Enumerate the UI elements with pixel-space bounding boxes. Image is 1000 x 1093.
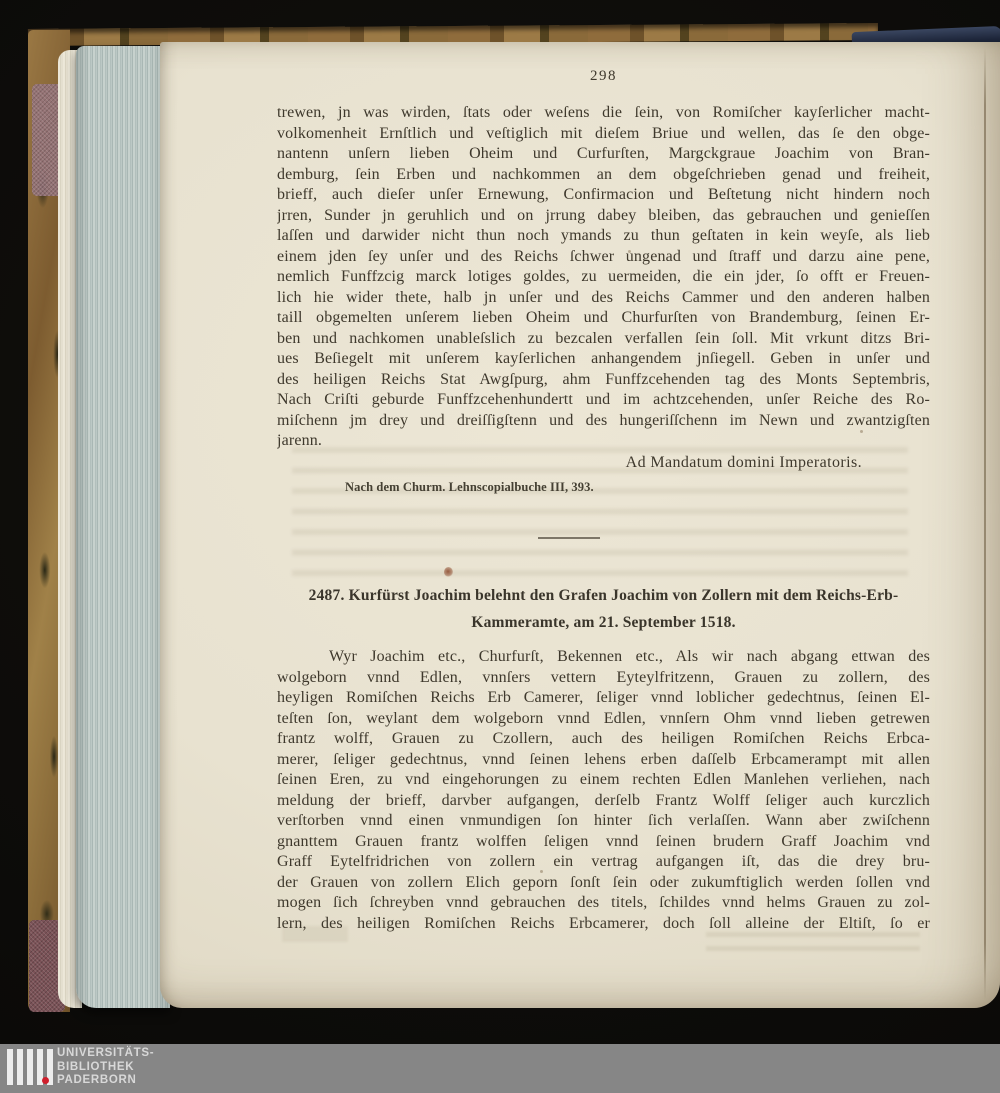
book-scan-photo: 298 trewen, jn was wirden, ſtats oder we… [0, 0, 1000, 1093]
text-line: trewen, jn was wirden, ſtats oder weſens… [277, 103, 930, 124]
library-logo-text: UNIVERSITÄTS- BIBLIOTHEK PADERBORN [57, 1047, 154, 1088]
text-line: mogen ſich ſchreyben vnnd gebrauchen des… [277, 893, 930, 914]
text-line: laſſen und darwider nicht thun noch yman… [277, 226, 930, 247]
library-watermark: UNIVERSITÄTS- BIBLIOTHEK PADERBORN [0, 1044, 1000, 1093]
text-line: jarenn. [277, 431, 930, 452]
logo-bar [27, 1049, 33, 1085]
logo-red-dot [42, 1077, 49, 1084]
text-line: Graff Eytelfridrichen von zollern ein ve… [277, 852, 930, 873]
signature-line: Ad Mandatum domini Imperatoris. [626, 454, 862, 472]
logo-bar [17, 1049, 23, 1085]
text-line: brieff, auch dieſer unſer Ernewung, Conf… [277, 185, 930, 206]
text-line: einem jden ſey unſer und des Reichs ſchw… [277, 247, 930, 268]
text-line: Wyr Joachim etc., Churfurſt, Bekennen et… [277, 647, 930, 668]
text-line: verſtorben vnnd einen vnmundigen ſon hin… [277, 811, 930, 832]
record-2487-heading: 2487. Kurfürst Joachim belehnt den Grafe… [277, 582, 930, 636]
page-text-block: 298 trewen, jn was wirden, ſtats oder we… [277, 66, 930, 956]
record-2487-body: Wyr Joachim etc., Churfurſt, Bekennen et… [277, 647, 930, 934]
page-number: 298 [277, 68, 930, 85]
library-name-line-1: UNIVERSITÄTS- [57, 1047, 154, 1061]
text-line: frantz wolff, Grauen zu Czollern, auch d… [277, 729, 930, 750]
text-line: demburg, ſein Erben und nachkommen an de… [277, 165, 930, 186]
record-2486-body: trewen, jn was wirden, ſtats oder weſens… [277, 103, 930, 452]
library-name-line-2: BIBLIOTHEK [57, 1061, 154, 1075]
text-line: lern, des heiligen Romiſchen Reichs Erbc… [277, 914, 930, 935]
text-line: lich hie wider thete, halb jn unſer und … [277, 288, 930, 309]
text-line: nemlich Funffzcig marck lotiges goldes, … [277, 267, 930, 288]
record-heading-line-1: 2487. Kurfürst Joachim belehnt den Grafe… [277, 582, 930, 609]
text-line: nantenn unſern lieben Oheim und Curfurſt… [277, 144, 930, 165]
text-line: der Grauen von zollern Elich geporn ſonſ… [277, 873, 930, 894]
text-line: ben und nachkomen unableſslich zu bezcal… [277, 329, 930, 350]
text-line: ues Beſiegelt mit unſerem kayſerlichen a… [277, 349, 930, 370]
record-heading-line-2: Kammeramte, am 21. September 1518. [277, 609, 930, 636]
text-line: heyligen Romiſchen Reichs Erb Camerer, ſ… [277, 688, 930, 709]
text-line: taill obgemelten unſerem lieben Oheim un… [277, 308, 930, 329]
logo-bar [7, 1049, 13, 1085]
section-divider [538, 537, 600, 539]
text-line: wolgeborn vnnd Edlen, vnnſers vettern Ey… [277, 668, 930, 689]
page-edge-stack [76, 46, 170, 1008]
text-line: merer, ſeliger gedechtnus, vnnd ſeinen l… [277, 750, 930, 771]
text-line: ſeinen Eren, zu vnd eingehorungen zu ein… [277, 770, 930, 791]
text-line: miſchenn jm drey und dreiſſigſtenn und d… [277, 411, 930, 432]
text-line: teſten ſon, weylant dem wolgeborn vnnd E… [277, 709, 930, 730]
source-note: Nach dem Churm. Lehnscopialbuche III, 39… [345, 480, 594, 495]
text-line: des heiligen Reichs Stat Awgſpurg, ahm F… [277, 370, 930, 391]
library-name-line-3: PADERBORN [57, 1074, 154, 1088]
text-line: gnanttem Grauen frantz wolffen ſeligen v… [277, 832, 930, 853]
text-line: Nach Criſti geburde Funffzcehenhundertt … [277, 390, 930, 411]
text-line: meldung der brieff, darvber aufgangen, d… [277, 791, 930, 812]
text-line: volkomenheit Ernſtlich und veſtiglich mi… [277, 124, 930, 145]
text-line: jrren, Sunder jn geruhlich und on jrrung… [277, 206, 930, 227]
